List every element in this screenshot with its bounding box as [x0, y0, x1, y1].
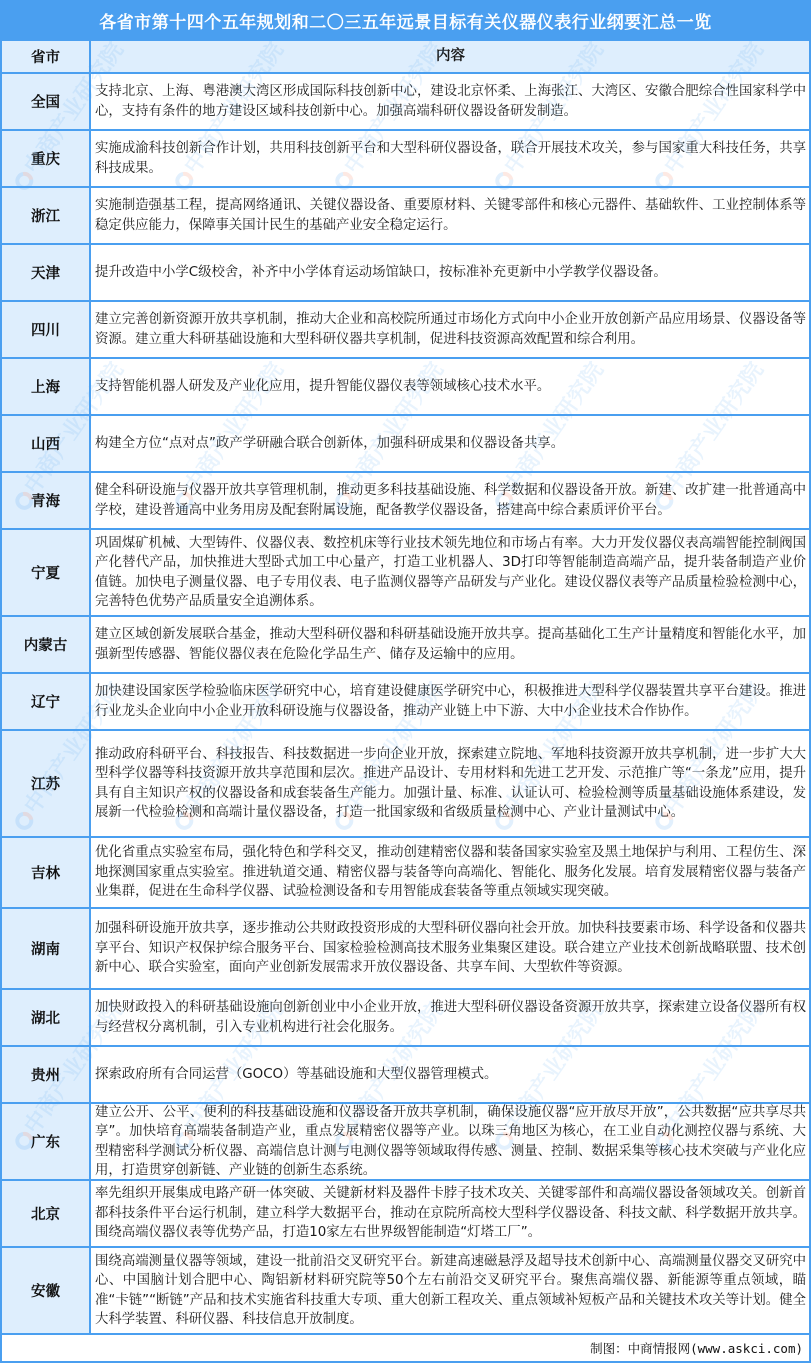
province-cell: 贵州	[2, 1047, 91, 1102]
content-cell: 围绕高端测量仪器等领域，建设一批前沿交叉研究平台。新建高速磁悬浮及超导技术创新中…	[91, 1248, 809, 1333]
content-cell: 提升改造中小学C级校舍，补齐中小学体育运动场馆缺口，按标准补充更新中小学教学仪器…	[91, 245, 809, 300]
province-cell: 上海	[2, 359, 91, 414]
content-cell: 建立公开、公平、便利的科技基础设施和仪器设备开放共享机制，确保设施仪器“应开放尽…	[91, 1104, 809, 1179]
province-cell: 重庆	[2, 131, 91, 186]
table-row: 重庆 实施成渝科技创新合作计划，共用科技创新平台和大型科研仪器设备，联合开展技术…	[2, 131, 809, 188]
table-row: 上海 支持智能机器人研发及产业化应用，提升智能仪器仪表等领域核心技术水平。	[2, 359, 809, 416]
content-cell: 构建全方位“点对点”政产学研融合联合创新体，加强科研成果和仪器设备共享。	[91, 416, 809, 471]
province-cell: 青海	[2, 473, 91, 528]
province-cell: 全国	[2, 74, 91, 129]
province-cell: 辽宁	[2, 674, 91, 729]
table-row: 青海 健全科研设施与仪器开放共享管理机制，推动更多科技基础设施、科学数据和仪器设…	[2, 473, 809, 530]
province-cell: 山西	[2, 416, 91, 471]
table-row: 浙江 实施制造强基工程，提高网络通讯、关键仪器设备、重要原材料、关键零部件和核心…	[2, 188, 809, 245]
province-cell: 内蒙古	[2, 617, 91, 672]
table-row: 江苏 推动政府科研平台、科技报告、科技数据进一步向企业开放，探索建立院地、军地科…	[2, 731, 809, 838]
table-row: 湖北 加快财政投入的科研基础设施向创新创业中小企业开放，推进大型科研仪器设备资源…	[2, 990, 809, 1047]
table-row: 宁夏 巩固煤矿机械、大型铸件、仪器仪表、数控机床等行业技术领先地位和市场占有率。…	[2, 530, 809, 617]
province-cell: 浙江	[2, 188, 91, 243]
content-cell: 健全科研设施与仪器开放共享管理机制，推动更多科技基础设施、科学数据和仪器设备开放…	[91, 473, 809, 528]
province-cell: 北京	[2, 1181, 91, 1246]
content-cell: 建立区域创新发展联合基金，推动大型科研仪器和科研基础设施开放共享。提高基础化工生…	[91, 617, 809, 672]
content-cell: 率先组织开展集成电路产研一体突破、关键新材料及器件卡脖子技术攻关、关键零部件和高…	[91, 1181, 809, 1246]
content-cell: 探索政府所有合同运营（GOCO）等基础设施和大型仪器管理模式。	[91, 1047, 809, 1102]
table-row: 山西 构建全方位“点对点”政产学研融合联合创新体，加强科研成果和仪器设备共享。	[2, 416, 809, 473]
content-cell: 加快财政投入的科研基础设施向创新创业中小企业开放，推进大型科研仪器设备资源开放共…	[91, 990, 809, 1045]
content-cell: 加强科研设施开放共享，逐步推动公共财政投资形成的大型科研仪器向社会开放。加快科技…	[91, 909, 809, 988]
table-title: 各省市第十四个五年规划和二〇三五年远景目标有关仪器仪表行业纲要汇总一览	[0, 0, 811, 41]
province-cell: 吉林	[2, 838, 91, 907]
summary-table: 省市 内容 全国 支持北京、上海、粤港澳大湾区形成国际科技创新中心，建设北京怀柔…	[0, 41, 811, 1335]
province-cell: 江苏	[2, 731, 91, 836]
table-header-row: 省市 内容	[2, 41, 809, 74]
table-row: 广东 建立公开、公平、便利的科技基础设施和仪器设备开放共享机制，确保设施仪器“应…	[2, 1104, 809, 1181]
content-cell: 支持智能机器人研发及产业化应用，提升智能仪器仪表等领域核心技术水平。	[91, 359, 809, 414]
table-row: 天津 提升改造中小学C级校舍，补齐中小学体育运动场馆缺口，按标准补充更新中小学教…	[2, 245, 809, 302]
province-cell: 安徽	[2, 1248, 91, 1333]
content-cell: 加快建设国家医学检验临床医学研究中心，培育建设健康医学研究中心，积极推进大型科学…	[91, 674, 809, 729]
content-cell: 巩固煤矿机械、大型铸件、仪器仪表、数控机床等行业技术领先地位和市场占有率。大力开…	[91, 530, 809, 615]
column-header-province: 省市	[2, 41, 91, 72]
province-cell: 天津	[2, 245, 91, 300]
content-cell: 建立完善创新资源开放共享机制，推动大企业和高校院所通过市场化方式向中小企业开放创…	[91, 302, 809, 357]
table-row: 四川 建立完善创新资源开放共享机制，推动大企业和高校院所通过市场化方式向中小企业…	[2, 302, 809, 359]
table-row: 贵州 探索政府所有合同运营（GOCO）等基础设施和大型仪器管理模式。	[2, 1047, 809, 1104]
content-cell: 实施制造强基工程，提高网络通讯、关键仪器设备、重要原材料、关键零部件和核心元器件…	[91, 188, 809, 243]
province-cell: 湖北	[2, 990, 91, 1045]
province-cell: 广东	[2, 1104, 91, 1179]
table-row: 湖南 加强科研设施开放共享，逐步推动公共财政投资形成的大型科研仪器向社会开放。加…	[2, 909, 809, 990]
province-cell: 宁夏	[2, 530, 91, 615]
content-cell: 支持北京、上海、粤港澳大湾区形成国际科技创新中心，建设北京怀柔、上海张江、大湾区…	[91, 74, 809, 129]
column-header-content: 内容	[91, 41, 809, 72]
table-row: 吉林 优化省重点实验室布局，强化特色和学科交叉，推动创建精密仪器和装备国家实验室…	[2, 838, 809, 909]
table-row: 安徽 围绕高端测量仪器等领域，建设一批前沿交叉研究平台。新建高速磁悬浮及超导技术…	[2, 1248, 809, 1335]
content-cell: 优化省重点实验室布局，强化特色和学科交叉，推动创建精密仪器和装备国家实验室及黑土…	[91, 838, 809, 907]
table-row: 北京 率先组织开展集成电路产研一体突破、关键新材料及器件卡脖子技术攻关、关键零部…	[2, 1181, 809, 1248]
source-credit: 制图：中商情报网(www.askci.com)	[0, 1335, 811, 1363]
table-row: 全国 支持北京、上海、粤港澳大湾区形成国际科技创新中心，建设北京怀柔、上海张江、…	[2, 74, 809, 131]
table-row: 内蒙古 建立区域创新发展联合基金，推动大型科研仪器和科研基础设施开放共享。提高基…	[2, 617, 809, 674]
table-row: 辽宁 加快建设国家医学检验临床医学研究中心，培育建设健康医学研究中心，积极推进大…	[2, 674, 809, 731]
province-cell: 湖南	[2, 909, 91, 988]
content-cell: 实施成渝科技创新合作计划，共用科技创新平台和大型科研仪器设备，联合开展技术攻关，…	[91, 131, 809, 186]
content-cell: 推动政府科研平台、科技报告、科技数据进一步向企业开放，探索建立院地、军地科技资源…	[91, 731, 809, 836]
province-cell: 四川	[2, 302, 91, 357]
